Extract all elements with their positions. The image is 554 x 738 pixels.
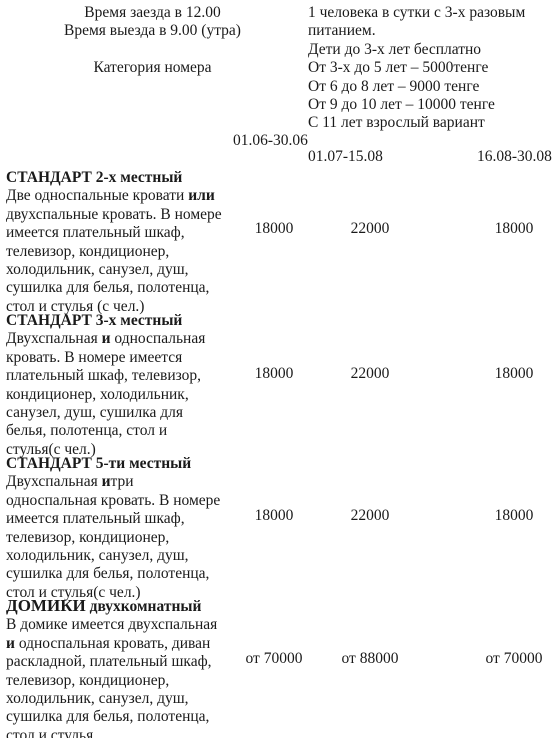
checkout-time: Время выезда в 9.00 (утра) <box>40 22 265 40</box>
pricing-note: 1 человека в сутки с 3-х разовым питание… <box>308 4 525 133</box>
room-name: СТАНДАРТ 2-х местный <box>6 169 222 187</box>
pricing-note-line: С 11 лет взрослый вариант <box>308 114 525 132</box>
price-cell: 18000 <box>474 507 554 525</box>
pricing-note-line: Дети до 3-х лет бесплатно <box>308 41 525 59</box>
checkin-time: Время заезда в 12.00 <box>40 4 265 22</box>
pricing-note-line: питанием. <box>308 22 525 40</box>
room-name: СТАНДАРТ 5-ти местный <box>6 455 220 473</box>
pricing-note-line: 1 человека в сутки с 3-х разовым <box>308 4 525 22</box>
period-header-1: 01.06-30.06 <box>233 132 308 150</box>
price-cell: от 70000 <box>474 650 554 668</box>
pricing-note-line: От 6 до 8 лет – 9000 тенге <box>308 78 525 96</box>
room-name: ДОМИКИ двухкомнатный <box>6 597 217 616</box>
price-cell: 22000 <box>330 365 410 383</box>
room-standard-5: СТАНДАРТ 5-ти местный Двухспальная итри … <box>6 455 220 602</box>
price-cell: 18000 <box>474 220 554 238</box>
period-header-3: 16.08-30.08 <box>477 148 552 166</box>
room-name: СТАНДАРТ 3-х местный <box>6 312 205 330</box>
price-cell: 18000 <box>234 220 314 238</box>
price-cell: от 88000 <box>330 650 410 668</box>
room-standard-3: СТАНДАРТ 3-х местный Двухспальная и одно… <box>6 312 205 459</box>
spacer <box>40 41 265 59</box>
room-standard-2: СТАНДАРТ 2-х местный Две односпальные кр… <box>6 169 222 316</box>
price-cell: 18000 <box>234 507 314 525</box>
price-cell: 18000 <box>234 365 314 383</box>
price-cell: 18000 <box>474 365 554 383</box>
price-cell: 22000 <box>330 220 410 238</box>
room-cottage: ДОМИКИ двухкомнатный В домике имеется дв… <box>6 597 217 738</box>
pricing-note-line: От 3-х до 5 лет – 5000тенге <box>308 59 525 77</box>
price-cell: 22000 <box>330 507 410 525</box>
period-header-2: 01.07-15.08 <box>308 148 383 166</box>
room-description: Двухспальная итри односпальная кровать. … <box>6 473 220 602</box>
room-description: В домике имеется двухспальная и односпал… <box>6 616 217 738</box>
category-label: Категория номера <box>40 59 265 77</box>
price-cell: от 70000 <box>234 650 314 668</box>
room-description: Двухспальная и односпальная кровать. В н… <box>6 330 205 459</box>
checkin-info: Время заезда в 12.00 Время выезда в 9.00… <box>40 4 265 77</box>
pricing-note-line: От 9 до 10 лет – 10000 тенге <box>308 96 525 114</box>
room-description: Две односпальные кровати или двухспальны… <box>6 187 222 316</box>
